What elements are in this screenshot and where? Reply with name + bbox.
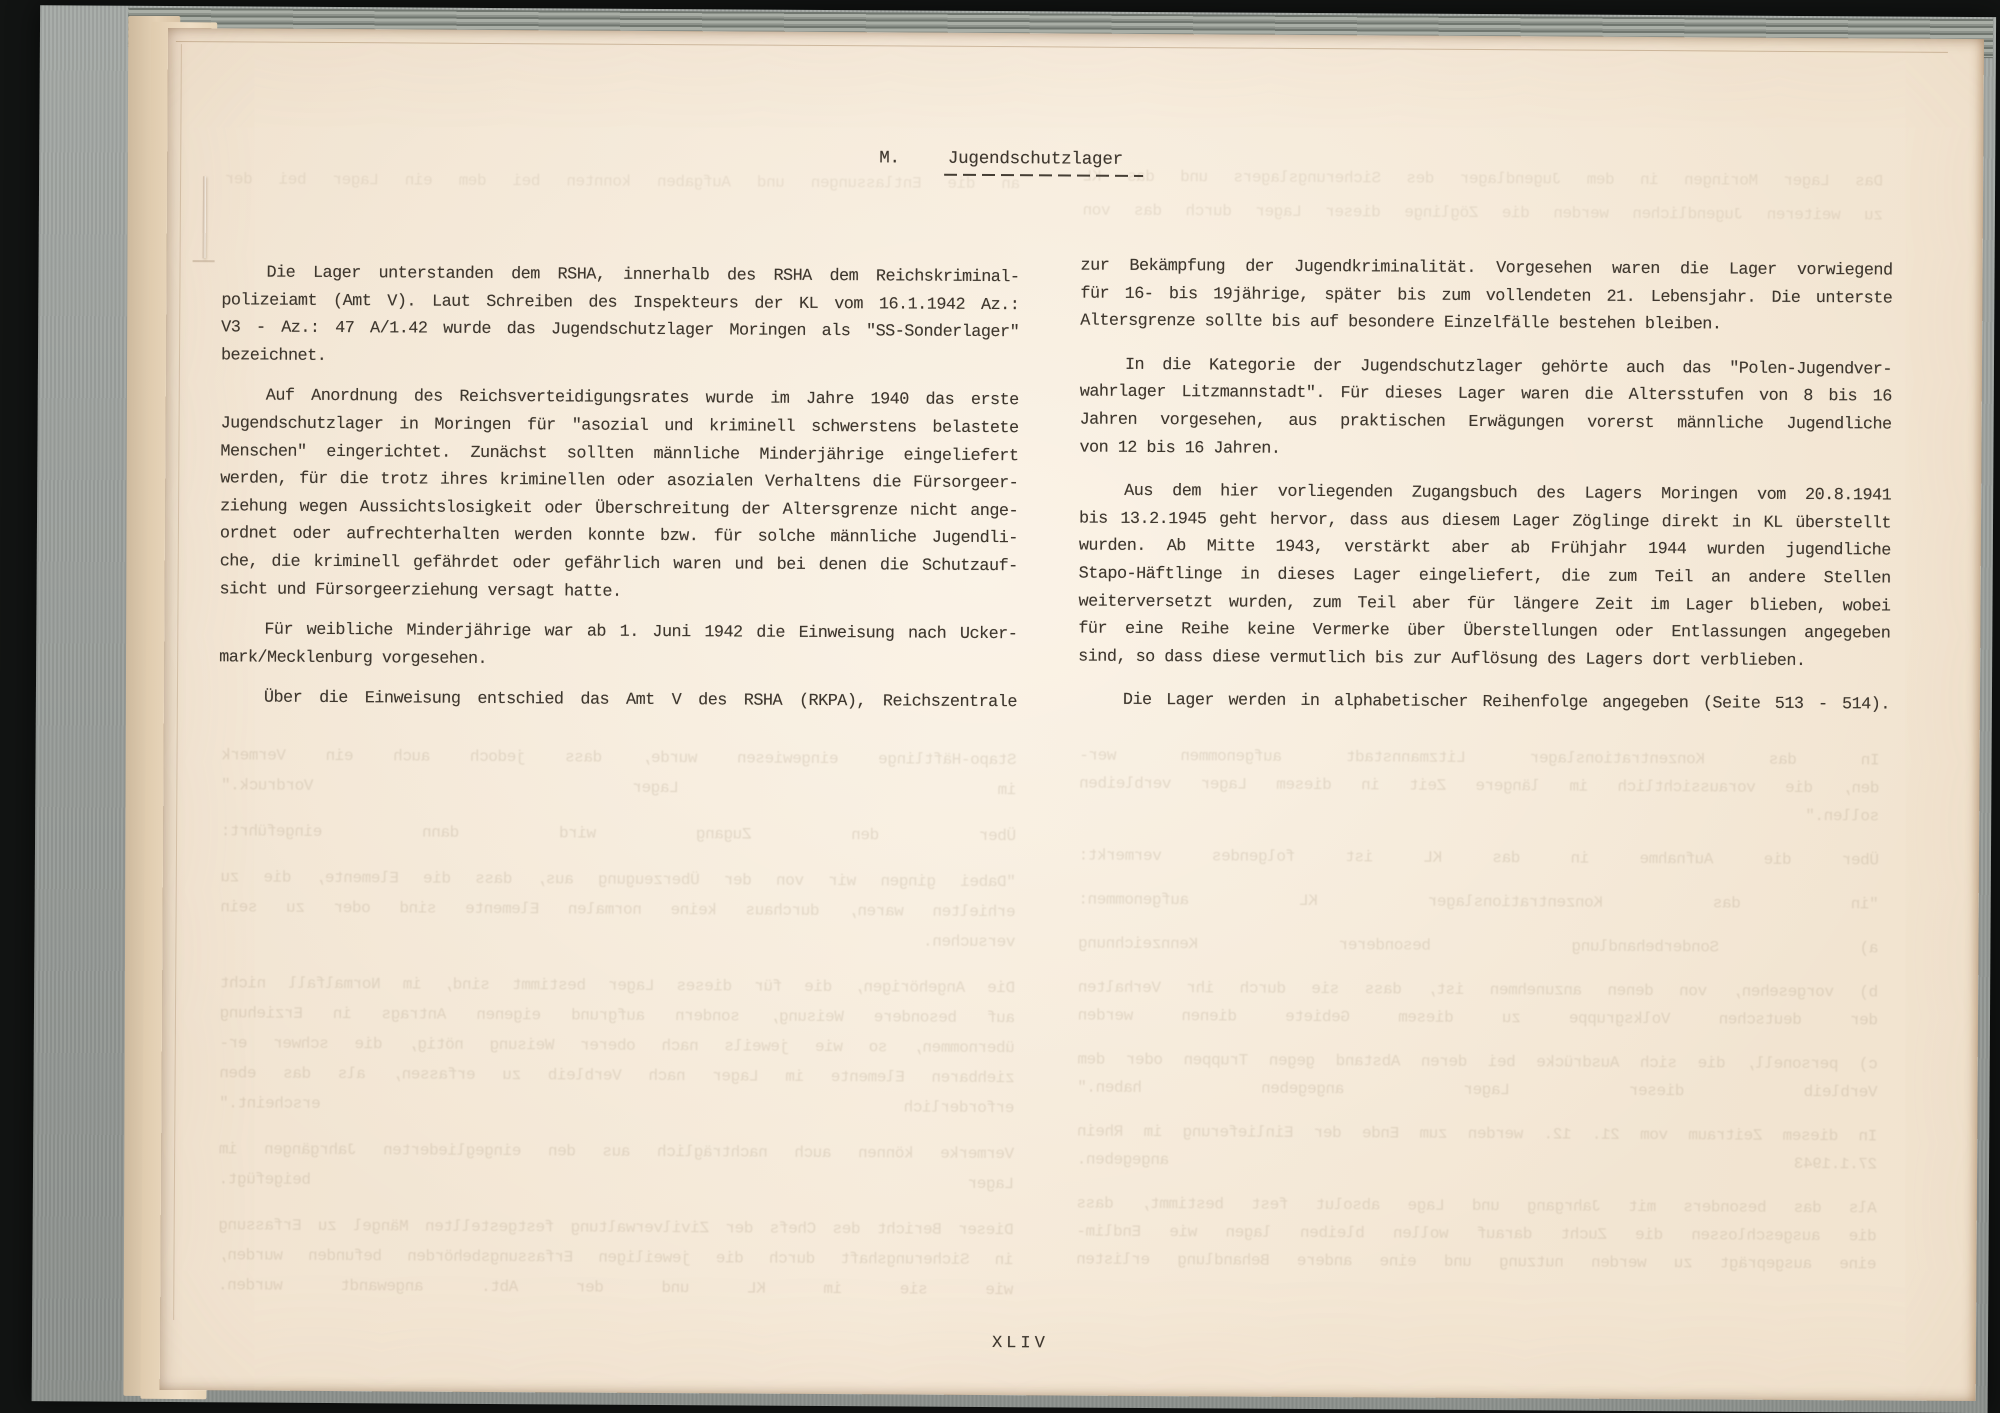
left-text-column: Die Lager unterstanden dem RSHA, innerha… <box>219 246 1020 717</box>
paragraph: In die Kategorie der Jugendschutzlager g… <box>1079 351 1892 466</box>
bleed-through-line: zu weiteren Jugendlichen werden die Zögl… <box>1083 194 1883 233</box>
text-line: Altersgrenze sollte bis auf besondere Ei… <box>1080 308 1892 341</box>
bleed-through-line: eine ausgeprägt zu werden nutzung und ei… <box>1076 1246 1876 1279</box>
bleed-through-line: Die Angehörigen, die für dieses Lager be… <box>220 968 1015 1003</box>
text-line: zur Bekämpfung der Jugendkriminalität. V… <box>1080 253 1892 286</box>
bleed-through-line: in Sicherungshaft durch die jeweiligen E… <box>218 1240 1013 1275</box>
section-letter: M. <box>879 148 900 168</box>
bleed-through-text: Stapo-Häftlinge eingewiesen wurde, dass … <box>218 740 1016 1305</box>
paragraph: Die Lager unterstanden dem RSHA, innerha… <box>221 259 1020 374</box>
bleed-through-line: Stapo-Häftlinge eingewiesen wurde, dass … <box>221 740 1016 775</box>
text-line: Jugendschutzlager in Moringen für "asozi… <box>221 410 1019 442</box>
bleed-through-line: 27.1.1943 angegeben. <box>1077 1146 1877 1179</box>
paragraph: Die Lager werden in alphabetischer Reihe… <box>1078 687 1890 720</box>
bleed-through-line: wie sie im KL und der Abt. angewandt wur… <box>218 1270 1013 1305</box>
bleed-through-line: ziehbaren Elemente im Lager nach Verblei… <box>220 1058 1015 1093</box>
text-line: Über die Einweisung entschied das Amt V … <box>219 685 1017 717</box>
bleed-through-line: "in das Konzentrationslager KL aufgenomm… <box>1079 886 1879 919</box>
text-line: von 12 bis 16 Jahren. <box>1079 434 1891 467</box>
bleed-through-line: Das Lager Moringen in dem Jugendlager de… <box>1083 160 1883 199</box>
right-text-column: zur Bekämpfung der Jugendkriminalität. V… <box>1078 237 1893 720</box>
section-title: Jugendschutzlager <box>946 149 1127 177</box>
bleed-through-line: "Dabei gingen wir von der Überzeugung au… <box>221 862 1016 897</box>
text-line: Jahren vorgesehen, aus praktischen Erwäg… <box>1080 407 1892 440</box>
text-line: Die Lager unterstanden dem RSHA, innerha… <box>221 259 1019 291</box>
section-heading: M. Jugendschutzlager <box>879 148 1127 177</box>
bleed-through-text: Das Lager Moringen in dem Jugendlager de… <box>1083 160 1883 233</box>
paragraph: Auf Anordnung des Reichsverteidigungsrat… <box>219 383 1018 609</box>
bleed-through-text: In das Konzentrationslager Litzmannstadt… <box>1076 742 1879 1279</box>
scanned-book-photo: an die Entlassungen und Aufgaben konnten… <box>0 0 2000 1407</box>
text-line: V3 - Az.: 47 A/1.42 wurde das Jugendschu… <box>221 315 1019 347</box>
text-line: mark/Mecklenburg vorgesehen. <box>219 644 1017 676</box>
bleed-through-line: Über den Zugang wird dann eingeführt: <box>221 816 1016 851</box>
bleed-through-line: erhielten waren, durchaus keine normalen… <box>221 892 1016 927</box>
bleed-through-line: erforderlich erscheint." <box>219 1088 1014 1123</box>
text-line: sicht und Fürsorgeerziehung versagt hatt… <box>219 576 1017 608</box>
text-line: Stapo-Häftlinge in dieses Lager eingelie… <box>1079 560 1891 593</box>
bleed-through-line: im Lager Vordruck." <box>221 770 1016 805</box>
text-line: bezeichnet. <box>221 342 1019 374</box>
bleed-through-line: Vermerke können auch nachträglich aus de… <box>219 1134 1014 1169</box>
page-number: XLIV <box>992 1334 1049 1353</box>
bleed-through-line: a) Sonderbehandlung besonderer Kennzeich… <box>1078 930 1878 963</box>
paragraph: Aus dem hier vorliegenden Zugangsbuch de… <box>1078 478 1891 676</box>
bleed-through-line: auf besondere Weisung, sondern aufgrund … <box>220 998 1015 1033</box>
paper-crease <box>203 176 207 258</box>
bleed-through-line: Über die Aufnahme in das KL ist folgende… <box>1079 842 1879 875</box>
bleed-through-line: der deutschen Volksgruppe zu diesem Gebi… <box>1078 1002 1878 1035</box>
bleed-through-line: den, die voraussichtlich im längere Zeit… <box>1079 770 1879 803</box>
text-line: che, die kriminell gefährdet oder gefähr… <box>220 548 1018 580</box>
book: an die Entlassungen und Aufgaben konnten… <box>32 5 1996 1407</box>
paragraph: Für weibliche Minderjährige war ab 1. Ju… <box>219 616 1017 676</box>
document-page: an die Entlassungen und Aufgaben konnten… <box>160 28 1984 1401</box>
bleed-through-line: Verbleib dieser Lager angegeben haben." <box>1077 1074 1877 1107</box>
bleed-through-line: versuchen. <box>220 922 1015 957</box>
paragraph: zur Bekämpfung der Jugendkriminalität. V… <box>1080 253 1892 341</box>
paragraph: Über die Einweisung entschied das Amt V … <box>219 685 1017 717</box>
bleed-through-line: Dieser Bericht des Chefs der Zivilverwal… <box>219 1210 1014 1245</box>
bleed-through-line: Lager beigefügt. <box>219 1164 1014 1199</box>
bleed-through-line: übernommen, so wie jeweils nach oberer W… <box>220 1028 1015 1063</box>
text-line: Die Lager werden in alphabetischer Reihe… <box>1078 687 1890 720</box>
text-line: sind, so dass diese vermutlich bis zur A… <box>1078 643 1890 676</box>
